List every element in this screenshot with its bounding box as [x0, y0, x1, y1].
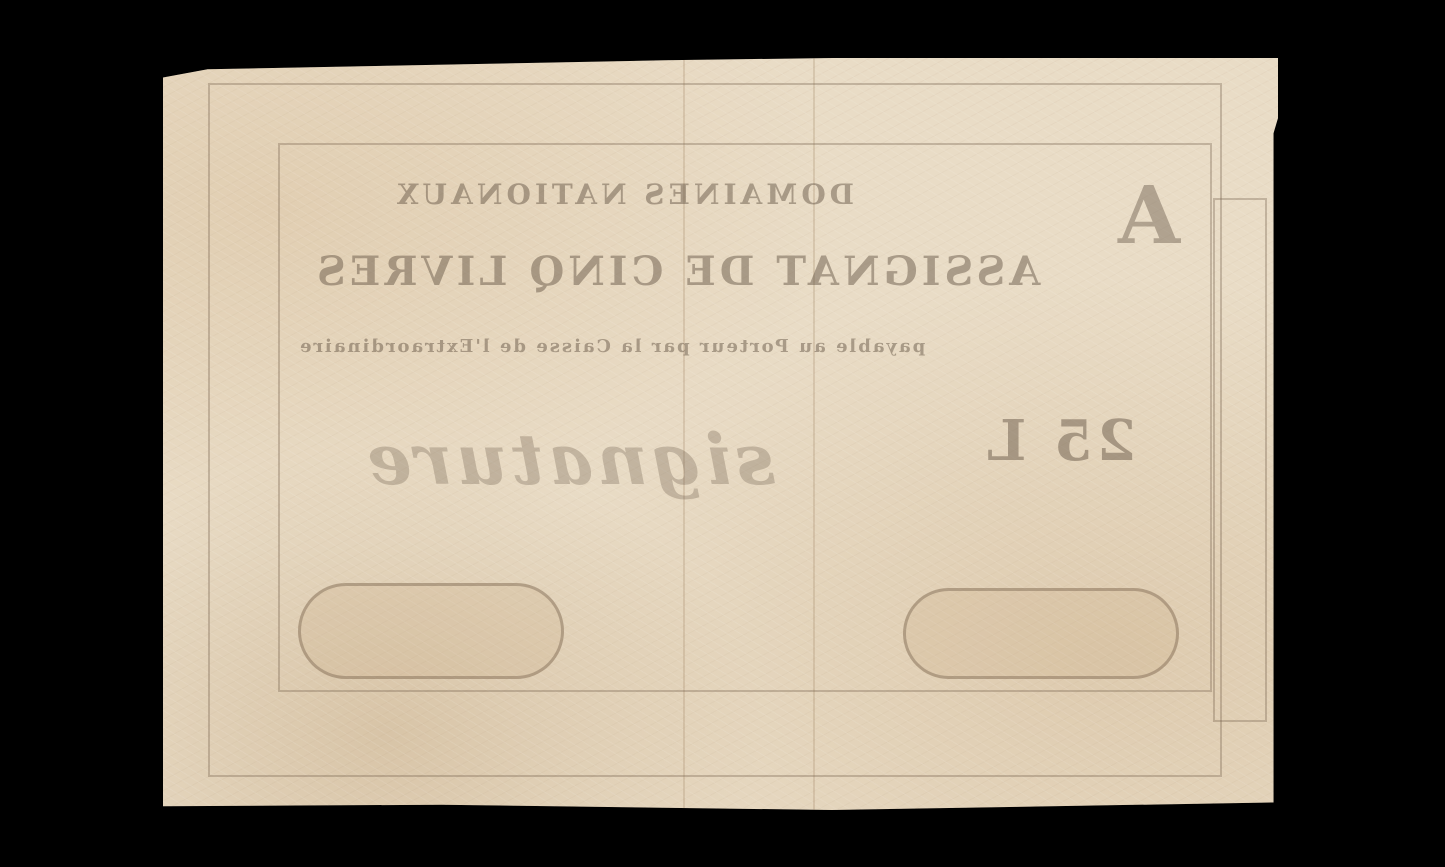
right-cartouche [903, 588, 1179, 679]
series-letter: A [1118, 168, 1180, 262]
side-border [1213, 198, 1267, 722]
payable-text: payable au Porteur par la Caisse de l'Ex… [298, 336, 925, 357]
title-text: ASSIGNAT DE CINQ LIVRES [313, 248, 1040, 295]
signature: signature [363, 418, 775, 501]
banknote: A DOMAINES NATIONAUX ASSIGNAT DE CINQ LI… [163, 58, 1278, 810]
left-cartouche [298, 583, 564, 679]
denomination: 25 L [983, 408, 1136, 474]
header-text: DOMAINES NATIONAUX [393, 178, 854, 211]
